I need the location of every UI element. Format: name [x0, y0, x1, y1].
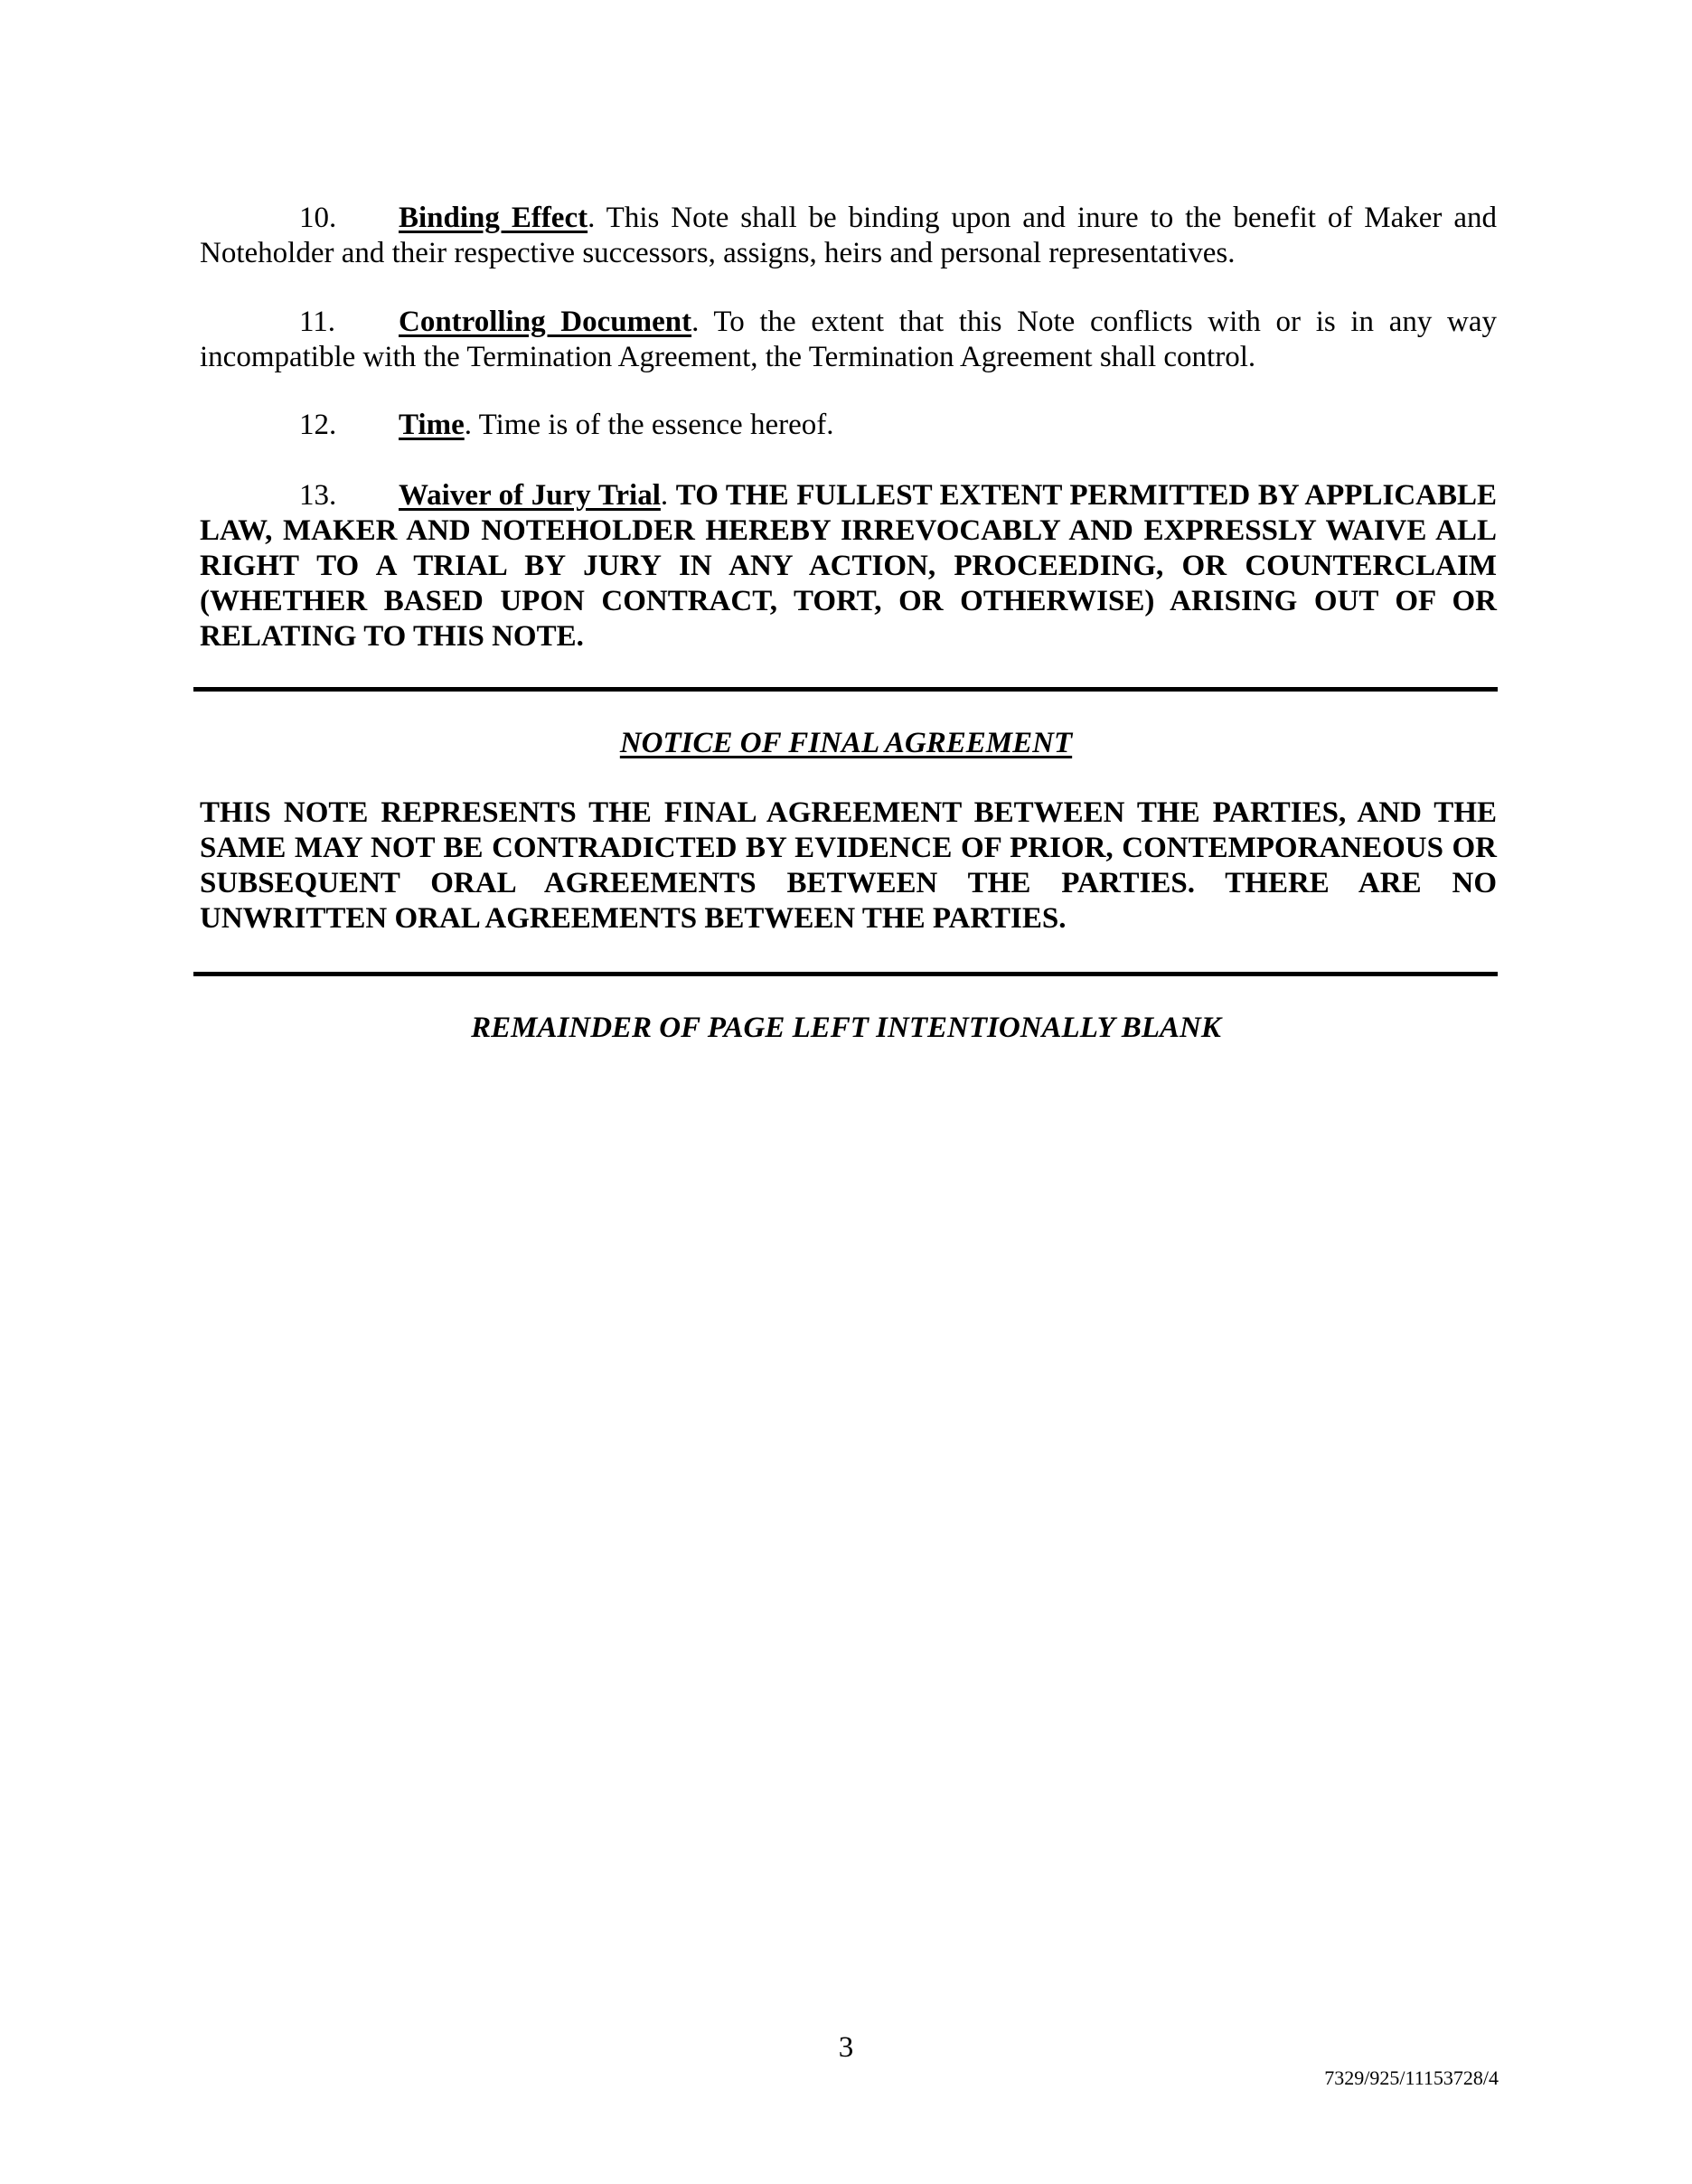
notice-body: THIS NOTE REPRESENTS THE FINAL AGREEMENT… — [200, 795, 1497, 937]
document-id: 7329/925/11153728/4 — [1324, 2066, 1499, 2090]
section-body: . Time is of the essence hereof. — [465, 409, 834, 441]
section-10: 10.Binding Effect. This Note shall be bi… — [200, 201, 1497, 271]
horizontal-rule-top — [193, 687, 1498, 692]
section-heading: Controlling Document — [399, 306, 691, 338]
notice-title: NOTICE OF FINAL AGREEMENT — [0, 727, 1692, 760]
section-number: 11. — [200, 305, 399, 340]
section-12: 12.Time. Time is of the essence hereof. — [200, 408, 1497, 443]
section-heading: Binding Effect — [399, 202, 587, 234]
remainder-blank-note: REMAINDER OF PAGE LEFT INTENTIONALLY BLA… — [0, 1012, 1692, 1045]
section-11: 11.Controlling Document. To the extent t… — [200, 305, 1497, 375]
horizontal-rule-bottom — [193, 972, 1498, 976]
section-heading: Waiver of Jury Trial — [399, 479, 661, 512]
section-number: 10. — [200, 201, 399, 236]
section-number: 12. — [200, 408, 399, 443]
document-page: 10.Binding Effect. This Note shall be bi… — [0, 0, 1692, 2184]
section-13: 13.Waiver of Jury Trial. TO THE FULLEST … — [200, 478, 1497, 654]
section-heading: Time — [399, 409, 465, 441]
section-body: . — [661, 479, 676, 512]
section-number: 13. — [200, 478, 399, 513]
page-number: 3 — [0, 2031, 1692, 2065]
